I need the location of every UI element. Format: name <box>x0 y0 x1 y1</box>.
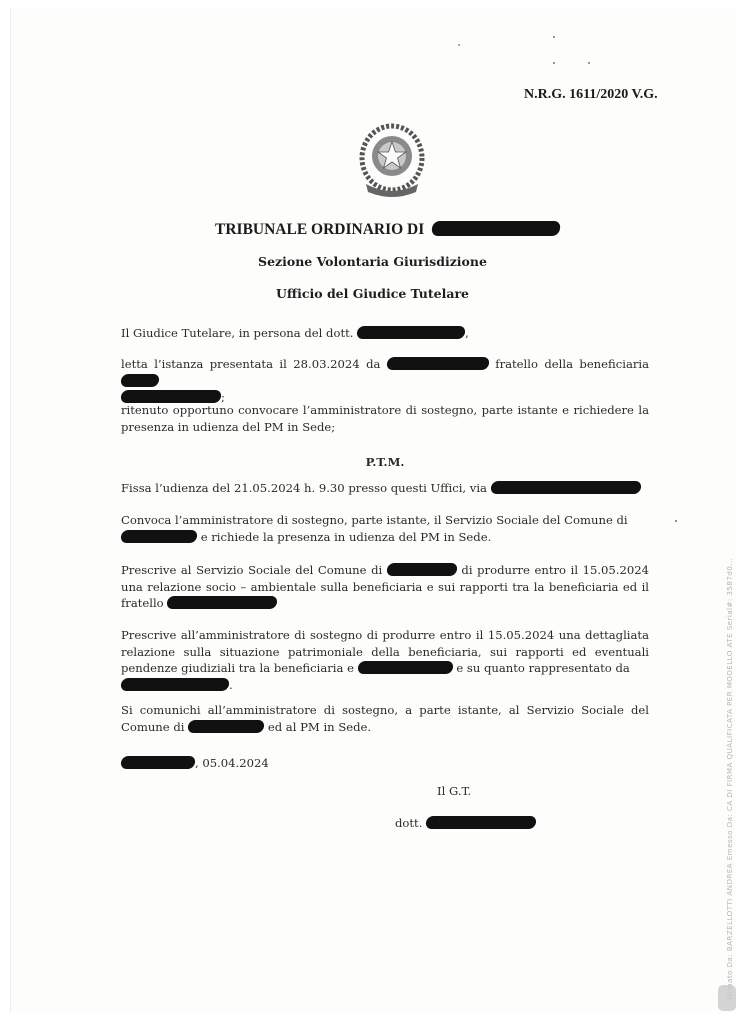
case-number: N.R.G. 1611/2020 V.G. <box>524 87 658 103</box>
redacted-municipality <box>187 720 265 733</box>
redacted-party-name <box>357 661 454 674</box>
scan-stamp-mark <box>718 985 736 1011</box>
redacted-brother-name <box>166 596 278 609</box>
italian-republic-emblem-icon <box>358 122 426 200</box>
paragraph-text: e su quanto rappresentato da <box>456 661 629 675</box>
place-date: , 05.04.2024 <box>121 755 649 772</box>
redacted-party-name <box>120 678 230 691</box>
redacted-court-location <box>431 221 561 236</box>
paragraph-judge: Il Giudice Tutelare, in persona del dott… <box>121 325 649 342</box>
scan-speck <box>553 62 555 64</box>
scan-speck <box>675 520 677 522</box>
paragraph-text: letta l’istanza presentata il 28.03.2024… <box>121 357 380 371</box>
paragraph-communication: Si comunichi all’amministratore di soste… <box>121 702 649 735</box>
redacted-beneficiary-name <box>120 374 160 387</box>
paragraph-text: fratello della beneficiaria <box>495 357 649 371</box>
redacted-judge-name <box>356 326 466 339</box>
redacted-signer-name <box>425 816 537 829</box>
paragraph-administrator: Prescrive all’amministratore di sostegno… <box>121 627 649 693</box>
scan-speck <box>588 62 590 64</box>
paragraph-text: ed al PM in Sede. <box>268 720 371 734</box>
court-title: TRIBUNALE ORDINARIO DI <box>215 221 560 239</box>
redacted-municipality <box>386 563 458 576</box>
paragraph-text: Prescrive al Servizio Sociale del Comune… <box>121 563 382 577</box>
digital-signature-strip: Firmato Da: BARZELLOTTI ANDREA Emesso Da… <box>725 558 734 1000</box>
paragraph-hearing: Fissa l’udienza del 21.05.2024 h. 9.30 p… <box>121 480 649 497</box>
paragraph-text: Fissa l’udienza del 21.05.2024 h. 9.30 p… <box>121 481 487 495</box>
office-heading: Ufficio del Giudice Tutelare <box>0 286 745 301</box>
scan-speck <box>458 44 460 46</box>
redacted-petitioner-name <box>386 357 490 370</box>
section-heading: Sezione Volontaria Giurisdizione <box>0 254 745 269</box>
redacted-municipality <box>120 530 198 543</box>
paragraph-social-service: Prescrive al Servizio Sociale del Comune… <box>121 562 649 612</box>
ptm-heading: P.T.M. <box>121 454 649 471</box>
signature-role: Il G.T. <box>437 783 537 800</box>
court-title-text: TRIBUNALE ORDINARIO DI <box>215 221 424 238</box>
paragraph-text: Il Giudice Tutelare, in persona del dott… <box>121 326 353 340</box>
paragraph-text: e richiede la presenza in udienza del PM… <box>201 530 492 544</box>
paragraph-text: Convoca l’amministratore di sostegno, pa… <box>121 513 628 527</box>
redacted-address <box>490 481 642 494</box>
redacted-place <box>120 756 196 769</box>
signature-line: dott. <box>395 815 595 832</box>
date-text: , 05.04.2024 <box>195 756 269 770</box>
scan-speck <box>553 36 555 38</box>
signature-prefix: dott. <box>395 816 422 830</box>
paragraph-petition: letta l’istanza presentata il 28.03.2024… <box>121 356 649 406</box>
paragraph-convoca: Convoca l’amministratore di sostegno, pa… <box>121 512 649 545</box>
paragraph-considered: ritenuto opportuno convocare l’amministr… <box>121 402 649 435</box>
